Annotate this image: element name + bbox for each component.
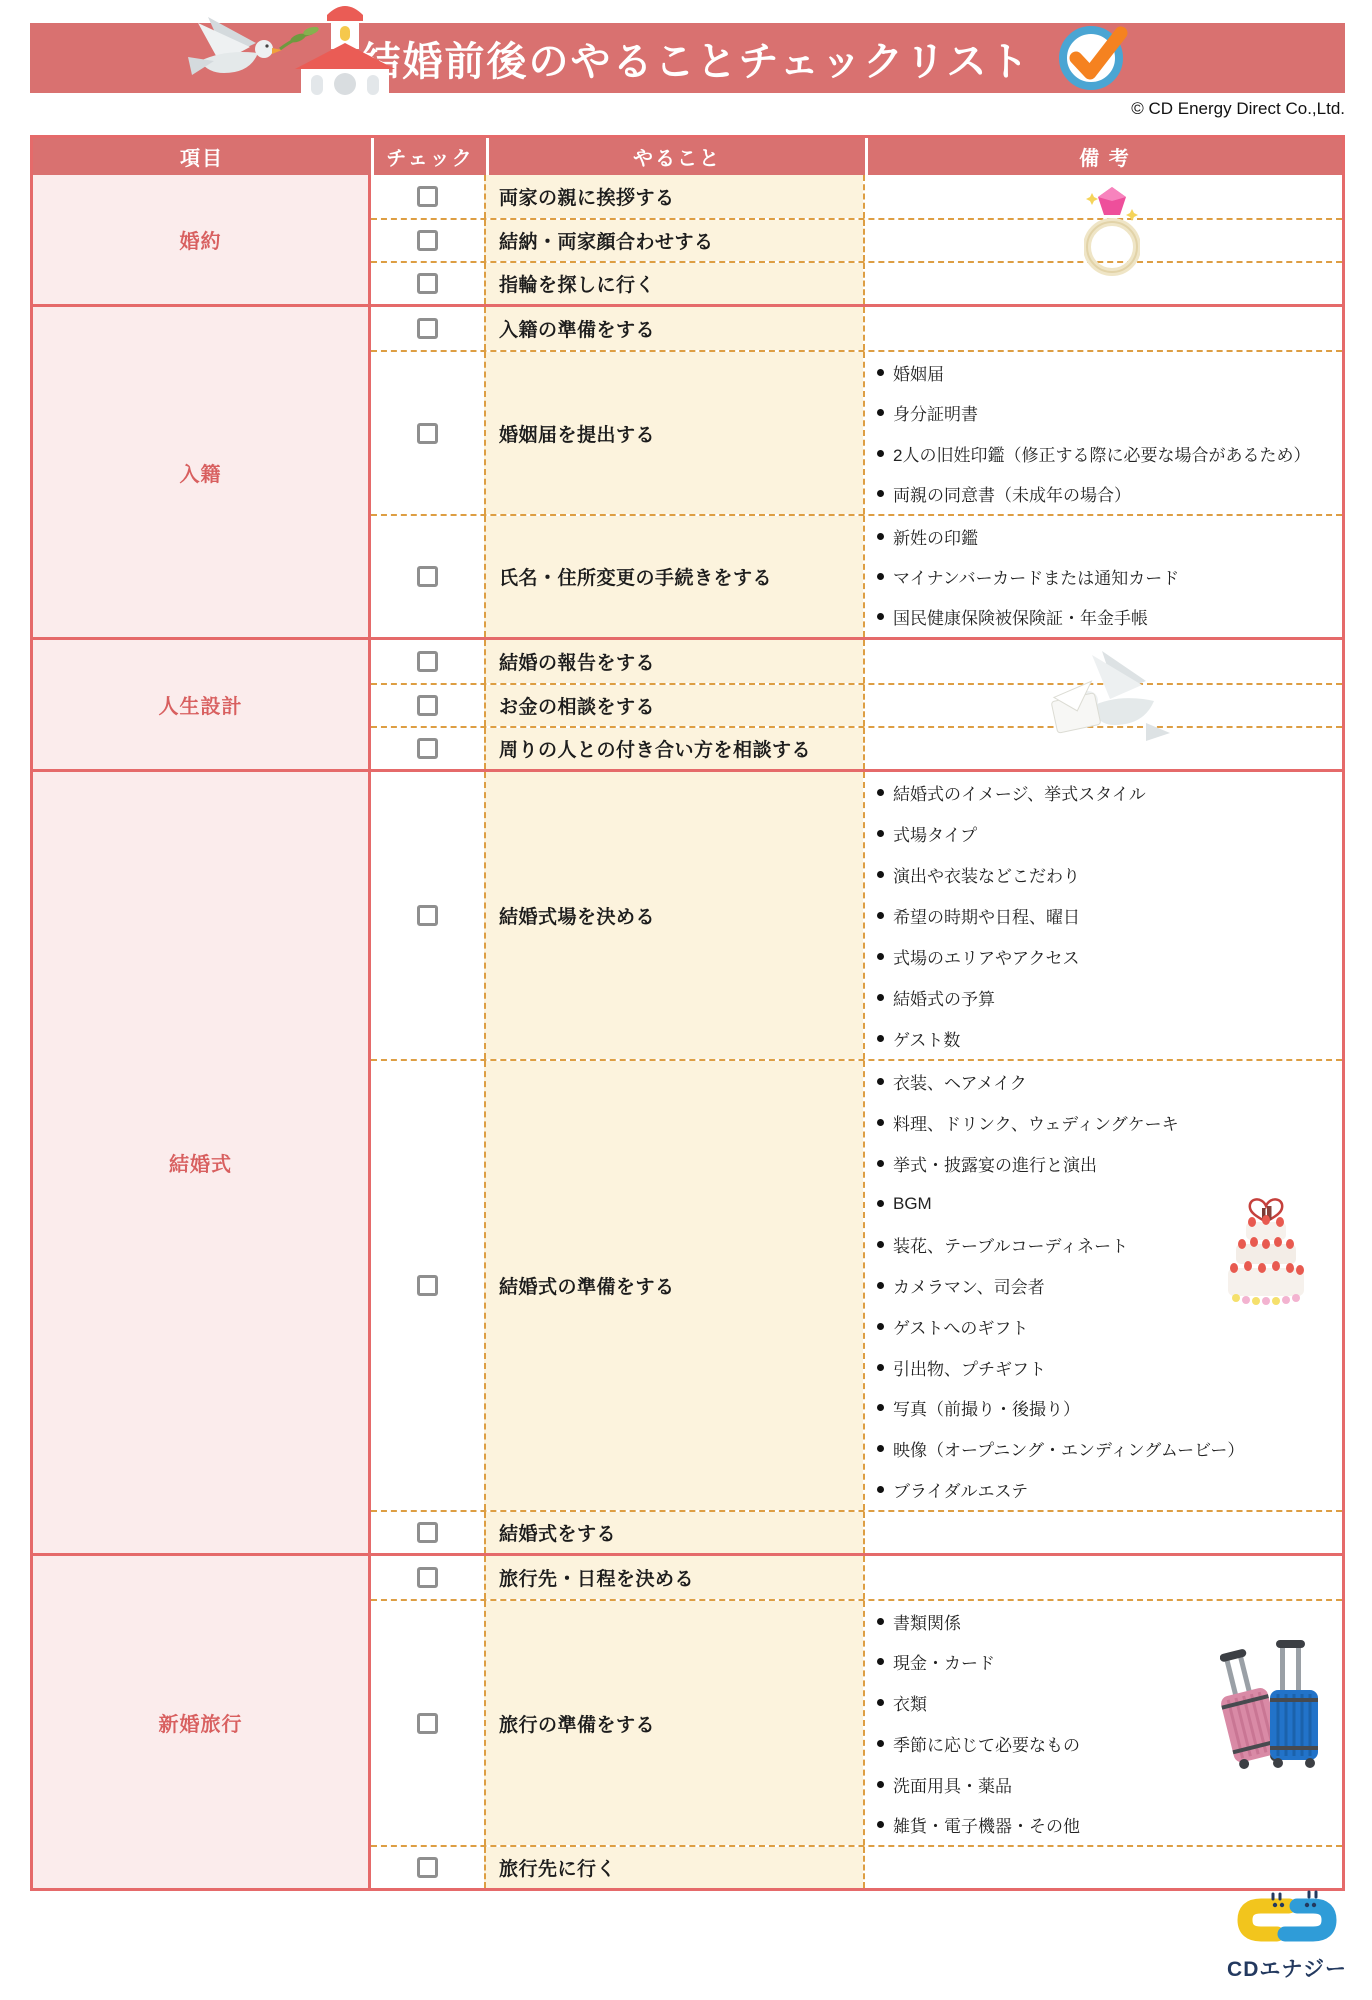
note-item: 装花、テーブルコーディネート bbox=[875, 1224, 1342, 1265]
table-row: 婚姻届を提出する婚姻届身分証明書2人の旧姓印鑑（修正する際に必要な場合があるため… bbox=[371, 350, 1342, 514]
notes-cell: 婚姻届身分証明書2人の旧姓印鑑（修正する際に必要な場合があるため）両親の同意書（… bbox=[863, 352, 1342, 514]
task-cell: 指輪を探しに行く bbox=[484, 263, 863, 304]
check-cell bbox=[371, 175, 484, 218]
note-text: マイナンバーカードまたは通知カード bbox=[893, 564, 1179, 589]
note-item: ゲストへのギフト bbox=[875, 1306, 1342, 1347]
table-row: 指輪を探しに行く bbox=[371, 261, 1342, 304]
note-text: カメラマン、司会者 bbox=[893, 1273, 1045, 1298]
bullet-icon bbox=[877, 613, 884, 620]
note-item: カメラマン、司会者 bbox=[875, 1265, 1342, 1306]
bullet-icon bbox=[877, 573, 884, 580]
task-checkbox[interactable] bbox=[417, 1275, 438, 1296]
table-row: 入籍の準備をする bbox=[371, 307, 1342, 350]
note-item: 結婚式の予算 bbox=[875, 977, 1342, 1018]
section-konyaku: 婚約両家の親に挨拶する結納・両家顔合わせする指輪を探しに行く bbox=[33, 175, 1342, 304]
note-text: 映像（オープニング・エンディングムービー） bbox=[893, 1436, 1244, 1461]
note-text: 婚姻届 bbox=[893, 360, 944, 385]
note-item: 国民健康保険被保険証・年金手帳 bbox=[875, 597, 1342, 637]
note-text: ブライダルエステ bbox=[893, 1477, 1028, 1502]
note-text: 季節に応じて必要なもの bbox=[893, 1731, 1080, 1756]
task-label: 指輪を探しに行く bbox=[499, 270, 655, 297]
bullet-icon bbox=[877, 1078, 884, 1085]
note-text: 挙式・披露宴の進行と演出 bbox=[893, 1151, 1097, 1176]
note-text: 結婚式のイメージ、挙式スタイル bbox=[893, 780, 1146, 805]
task-checkbox[interactable] bbox=[417, 1713, 438, 1734]
task-checkbox[interactable] bbox=[417, 738, 438, 759]
task-label: 結婚式場を決める bbox=[499, 902, 655, 929]
bullet-icon bbox=[877, 490, 884, 497]
task-label: 結婚式の準備をする bbox=[499, 1272, 675, 1299]
check-cell bbox=[371, 1556, 484, 1599]
note-item: 書類関係 bbox=[875, 1601, 1342, 1642]
check-cell bbox=[371, 685, 484, 726]
section-nyuseki: 入籍入籍の準備をする婚姻届を提出する婚姻届身分証明書2人の旧姓印鑑（修正する際に… bbox=[33, 304, 1342, 637]
task-checkbox[interactable] bbox=[417, 695, 438, 716]
check-cell bbox=[371, 352, 484, 514]
note-item: 現金・カード bbox=[875, 1642, 1342, 1683]
task-checkbox[interactable] bbox=[417, 1857, 438, 1878]
check-badge-icon bbox=[1053, 12, 1135, 98]
note-item: 写真（前撮り・後撮り） bbox=[875, 1388, 1342, 1429]
bullet-icon bbox=[877, 789, 884, 796]
note-text: 希望の時期や日程、曜日 bbox=[893, 903, 1080, 928]
bullet-icon bbox=[877, 1618, 884, 1625]
bullet-icon bbox=[877, 1699, 884, 1706]
table-row: 周りの人との付き合い方を相談する bbox=[371, 726, 1342, 769]
task-cell: 婚姻届を提出する bbox=[484, 352, 863, 514]
check-cell bbox=[371, 1512, 484, 1553]
bullet-icon bbox=[877, 1282, 884, 1289]
task-label: 結婚の報告をする bbox=[499, 648, 655, 675]
note-item: 雑貨・電子機器・その他 bbox=[875, 1804, 1342, 1845]
note-text: 現金・カード bbox=[893, 1649, 995, 1674]
task-checkbox[interactable] bbox=[417, 651, 438, 672]
category-cell: 人生設計 bbox=[33, 640, 371, 769]
check-cell bbox=[371, 263, 484, 304]
note-text: 結婚式の予算 bbox=[893, 985, 995, 1010]
notes-cell bbox=[863, 1556, 1342, 1599]
bullet-icon bbox=[877, 1658, 884, 1665]
note-item: 式場のエリアやアクセス bbox=[875, 936, 1342, 977]
section-rows: 旅行先・日程を決める旅行の準備をする書類関係現金・カード衣類季節に応じて必要なも… bbox=[371, 1556, 1342, 1888]
notes-cell: 結婚式のイメージ、挙式スタイル式場タイプ演出や衣装などこだわり希望の時期や日程、… bbox=[863, 772, 1342, 1059]
task-cell: 結婚式をする bbox=[484, 1512, 863, 1553]
task-checkbox[interactable] bbox=[417, 273, 438, 294]
table-row: 結婚式場を決める結婚式のイメージ、挙式スタイル式場タイプ演出や衣装などこだわり希… bbox=[371, 772, 1342, 1059]
note-item: 結婚式のイメージ、挙式スタイル bbox=[875, 772, 1342, 813]
table-row: 旅行先に行く bbox=[371, 1845, 1342, 1888]
task-cell: 周りの人との付き合い方を相談する bbox=[484, 728, 863, 769]
section-jinsei-sekkei: 人生設計結婚の報告をするお金の相談をする周りの人との付き合い方を相談する bbox=[33, 637, 1342, 769]
note-text: 2人の旧姓印鑑（修正する際に必要な場合があるため） bbox=[893, 441, 1310, 466]
section-shinkon-ryoko: 新婚旅行旅行先・日程を決める旅行の準備をする書類関係現金・カード衣類季節に応じて… bbox=[33, 1553, 1342, 1888]
note-text: 書類関係 bbox=[893, 1609, 961, 1634]
task-cell: 結納・両家顔合わせする bbox=[484, 220, 863, 261]
category-cell: 入籍 bbox=[33, 307, 371, 637]
bullet-icon bbox=[877, 1241, 884, 1248]
notes-cell: 衣装、ヘアメイク料理、ドリンク、ウェディングケーキ挙式・披露宴の進行と演出BGM… bbox=[863, 1061, 1342, 1510]
section-rows: 結婚式場を決める結婚式のイメージ、挙式スタイル式場タイプ演出や衣装などこだわり希… bbox=[371, 772, 1342, 1553]
task-checkbox[interactable] bbox=[417, 1522, 438, 1543]
section-rows: 結婚の報告をするお金の相談をする周りの人との付き合い方を相談する bbox=[371, 640, 1342, 769]
notes-cell bbox=[863, 263, 1342, 304]
check-cell bbox=[371, 307, 484, 350]
note-text: 衣装、ヘアメイク bbox=[893, 1069, 1027, 1094]
task-cell: 旅行の準備をする bbox=[484, 1601, 863, 1845]
cd-energy-logo-icon bbox=[1231, 1890, 1343, 1948]
table-body: 婚約両家の親に挨拶する結納・両家顔合わせする指輪を探しに行く入籍入籍の準備をする… bbox=[33, 175, 1342, 1888]
table-row: 旅行の準備をする書類関係現金・カード衣類季節に応じて必要なもの洗面用具・薬品雑貨… bbox=[371, 1599, 1342, 1845]
task-label: 氏名・住所変更の手続きをする bbox=[499, 563, 772, 590]
note-text: BGM bbox=[893, 1194, 932, 1214]
bullet-icon bbox=[877, 450, 884, 457]
notes-cell bbox=[863, 175, 1342, 218]
note-item: 新姓の印鑑 bbox=[875, 516, 1342, 556]
notes-cell bbox=[863, 1512, 1342, 1553]
table-row: 氏名・住所変更の手続きをする新姓の印鑑マイナンバーカードまたは通知カード国民健康… bbox=[371, 514, 1342, 637]
column-header-check: チェック bbox=[371, 138, 486, 175]
task-checkbox[interactable] bbox=[417, 905, 438, 926]
bullet-icon bbox=[877, 1119, 884, 1126]
note-item: 洗面用具・薬品 bbox=[875, 1764, 1342, 1805]
check-cell bbox=[371, 728, 484, 769]
bullet-icon bbox=[877, 369, 884, 376]
task-label: 旅行先・日程を決める bbox=[499, 1564, 694, 1591]
category-label: 入籍 bbox=[180, 458, 222, 487]
note-item: 季節に応じて必要なもの bbox=[875, 1723, 1342, 1764]
company-logo-text: CDエナジー bbox=[1224, 1953, 1350, 1983]
bullet-icon bbox=[877, 533, 884, 540]
note-item: ブライダルエステ bbox=[875, 1469, 1342, 1510]
category-label: 人生設計 bbox=[159, 690, 243, 719]
category-cell: 婚約 bbox=[33, 175, 371, 304]
table-row: 旅行先・日程を決める bbox=[371, 1556, 1342, 1599]
note-text: 料理、ドリンク、ウェディングケーキ bbox=[893, 1110, 1179, 1135]
note-item: 両親の同意書（未成年の場合） bbox=[875, 474, 1342, 515]
note-text: 身分証明書 bbox=[893, 400, 978, 425]
task-label: 婚姻届を提出する bbox=[499, 420, 655, 447]
notes-cell bbox=[863, 1847, 1342, 1888]
table-row: 結婚式をする bbox=[371, 1510, 1342, 1553]
bullet-icon bbox=[877, 1404, 884, 1411]
note-text: 装花、テーブルコーディネート bbox=[893, 1232, 1128, 1257]
note-text: ゲスト数 bbox=[893, 1026, 960, 1051]
bullet-icon bbox=[877, 1486, 884, 1493]
note-text: 演出や衣装などこだわり bbox=[893, 862, 1080, 887]
note-item: 映像（オープニング・エンディングムービー） bbox=[875, 1428, 1342, 1469]
section-rows: 入籍の準備をする婚姻届を提出する婚姻届身分証明書2人の旧姓印鑑（修正する際に必要… bbox=[371, 307, 1342, 637]
task-checkbox[interactable] bbox=[417, 318, 438, 339]
bullet-icon bbox=[877, 830, 884, 837]
task-checkbox[interactable] bbox=[417, 186, 438, 207]
bullet-icon bbox=[877, 1445, 884, 1452]
bullet-icon bbox=[877, 409, 884, 416]
note-item: 挙式・披露宴の進行と演出 bbox=[875, 1143, 1342, 1184]
copyright-text: © CD Energy Direct Co.,Ltd. bbox=[1131, 99, 1345, 119]
task-cell: お金の相談をする bbox=[484, 685, 863, 726]
category-label: 結婚式 bbox=[169, 1148, 232, 1177]
bullet-icon bbox=[877, 1200, 884, 1207]
task-label: 旅行の準備をする bbox=[499, 1710, 655, 1737]
note-text: 写真（前撮り・後撮り） bbox=[893, 1395, 1080, 1420]
note-item: 衣装、ヘアメイク bbox=[875, 1061, 1342, 1102]
note-item: 料理、ドリンク、ウェディングケーキ bbox=[875, 1102, 1342, 1143]
note-item: 衣類 bbox=[875, 1682, 1342, 1723]
bullet-icon bbox=[877, 871, 884, 878]
note-item: 婚姻届 bbox=[875, 352, 1342, 393]
task-label: 結納・両家顔合わせする bbox=[499, 227, 714, 254]
task-checkbox[interactable] bbox=[417, 230, 438, 251]
check-cell bbox=[371, 1061, 484, 1510]
task-cell: 結婚式場を決める bbox=[484, 772, 863, 1059]
bullet-icon bbox=[877, 1323, 884, 1330]
table-row: 結婚式の準備をする衣装、ヘアメイク料理、ドリンク、ウェディングケーキ挙式・披露宴… bbox=[371, 1059, 1342, 1510]
section-rows: 両家の親に挨拶する結納・両家顔合わせする指輪を探しに行く bbox=[371, 175, 1342, 304]
check-cell bbox=[371, 1601, 484, 1845]
note-item: マイナンバーカードまたは通知カード bbox=[875, 556, 1342, 596]
task-cell: 結婚の報告をする bbox=[484, 640, 863, 683]
task-label: 結婚式をする bbox=[499, 1519, 616, 1546]
category-label: 婚約 bbox=[180, 225, 222, 254]
task-label: 旅行先に行く bbox=[499, 1854, 616, 1881]
column-header-notes: 備 考 bbox=[865, 138, 1342, 175]
check-cell bbox=[371, 772, 484, 1059]
dove-and-church-icon bbox=[180, 0, 420, 95]
note-text: 国民健康保険被保険証・年金手帳 bbox=[893, 604, 1148, 629]
bullet-icon bbox=[877, 912, 884, 919]
notes-cell bbox=[863, 307, 1342, 350]
bullet-icon bbox=[877, 1160, 884, 1167]
task-cell: 結婚式の準備をする bbox=[484, 1061, 863, 1510]
notes-cell bbox=[863, 728, 1342, 769]
task-label: 両家の親に挨拶する bbox=[499, 183, 675, 210]
bullet-icon bbox=[877, 1781, 884, 1788]
note-item: 2人の旧姓印鑑（修正する際に必要な場合があるため） bbox=[875, 433, 1342, 474]
note-item: 式場タイプ bbox=[875, 813, 1342, 854]
notes-cell bbox=[863, 220, 1342, 261]
bullet-icon bbox=[877, 1821, 884, 1828]
bullet-icon bbox=[877, 994, 884, 1001]
task-cell: 入籍の準備をする bbox=[484, 307, 863, 350]
note-text: 式場のエリアやアクセス bbox=[893, 944, 1080, 969]
notes-cell: 書類関係現金・カード衣類季節に応じて必要なもの洗面用具・薬品雑貨・電子機器・その… bbox=[863, 1601, 1342, 1845]
column-header-item: 項目 bbox=[33, 138, 371, 175]
task-cell: 旅行先・日程を決める bbox=[484, 1556, 863, 1599]
notes-cell bbox=[863, 640, 1342, 683]
note-item: 引出物、プチギフト bbox=[875, 1347, 1342, 1388]
page: 結婚前後のやることチェックリスト © CD Energy Direct Co.,… bbox=[0, 0, 1372, 2000]
note-text: 両親の同意書（未成年の場合） bbox=[893, 481, 1131, 506]
note-item: 身分証明書 bbox=[875, 393, 1342, 434]
task-label: お金の相談をする bbox=[499, 692, 655, 719]
table-row: お金の相談をする bbox=[371, 683, 1342, 726]
check-cell bbox=[371, 1847, 484, 1888]
note-text: 式場タイプ bbox=[893, 821, 977, 846]
category-cell: 新婚旅行 bbox=[33, 1556, 371, 1888]
note-text: 新姓の印鑑 bbox=[893, 524, 978, 549]
dove-icon bbox=[188, 17, 320, 75]
check-cell bbox=[371, 220, 484, 261]
checklist-table: 項目 チェック やること 備 考 婚約両家の親に挨拶する結納・両家顔合わせする指… bbox=[30, 135, 1345, 1891]
company-logo: CDエナジー bbox=[1224, 1890, 1350, 1983]
task-cell: 旅行先に行く bbox=[484, 1847, 863, 1888]
note-item: 希望の時期や日程、曜日 bbox=[875, 895, 1342, 936]
column-header-todo: やること bbox=[486, 138, 865, 175]
table-row: 結婚の報告をする bbox=[371, 640, 1342, 683]
note-text: 衣類 bbox=[893, 1690, 927, 1715]
task-checkbox[interactable] bbox=[417, 566, 438, 587]
bullet-icon bbox=[877, 1035, 884, 1042]
header-band: 結婚前後のやることチェックリスト bbox=[30, 23, 1345, 93]
task-checkbox[interactable] bbox=[417, 1567, 438, 1588]
bullet-icon bbox=[877, 1740, 884, 1747]
note-item: ゲスト数 bbox=[875, 1018, 1342, 1059]
bullet-icon bbox=[877, 1364, 884, 1371]
section-kekkonshiki: 結婚式結婚式場を決める結婚式のイメージ、挙式スタイル式場タイプ演出や衣装などこだ… bbox=[33, 769, 1342, 1553]
bullet-icon bbox=[877, 953, 884, 960]
note-item: 演出や衣装などこだわり bbox=[875, 854, 1342, 895]
category-cell: 結婚式 bbox=[33, 772, 371, 1553]
category-label: 新婚旅行 bbox=[159, 1708, 243, 1737]
notes-cell: 新姓の印鑑マイナンバーカードまたは通知カード国民健康保険被保険証・年金手帳 bbox=[863, 516, 1342, 637]
table-header-row: 項目 チェック やること 備 考 bbox=[33, 138, 1342, 175]
note-text: 雑貨・電子機器・その他 bbox=[893, 1812, 1080, 1837]
check-cell bbox=[371, 516, 484, 637]
task-checkbox[interactable] bbox=[417, 423, 438, 444]
note-text: 洗面用具・薬品 bbox=[893, 1772, 1012, 1797]
task-cell: 両家の親に挨拶する bbox=[484, 175, 863, 218]
check-cell bbox=[371, 640, 484, 683]
task-cell: 氏名・住所変更の手続きをする bbox=[484, 516, 863, 637]
notes-cell bbox=[863, 685, 1342, 726]
task-label: 入籍の準備をする bbox=[499, 315, 655, 342]
table-row: 結納・両家顔合わせする bbox=[371, 218, 1342, 261]
table-row: 両家の親に挨拶する bbox=[371, 175, 1342, 218]
church-icon bbox=[295, 0, 395, 95]
note-text: 引出物、プチギフト bbox=[893, 1355, 1046, 1380]
note-text: ゲストへのギフト bbox=[893, 1314, 1028, 1339]
note-item: BGM bbox=[875, 1183, 1342, 1224]
task-label: 周りの人との付き合い方を相談する bbox=[499, 735, 811, 762]
